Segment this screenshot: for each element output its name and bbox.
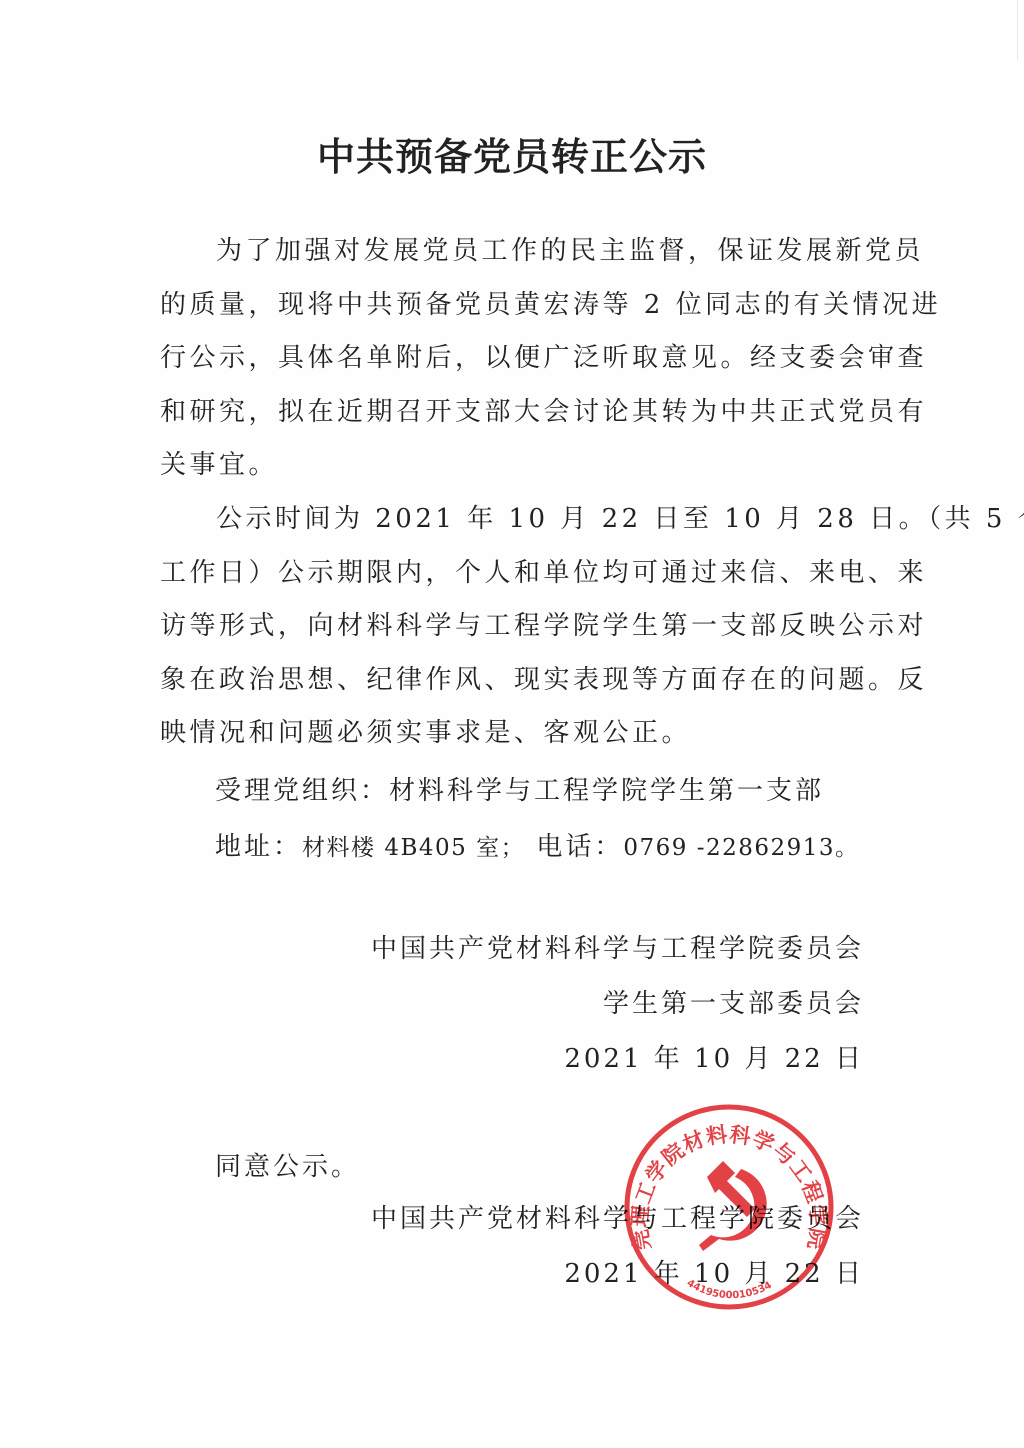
address-value: 材料楼 4B405 室； (302, 835, 525, 861)
paragraph-period: 公示时间为 2021 年 10 月 22 日至 10 月 28 日。（共 5 个… (160, 493, 870, 761)
document-title: 中共预备党员转正公示 (0, 126, 1024, 181)
signature-org: 中国共产党材料科学与工程学院委员会 (371, 928, 864, 965)
paragraph-line: 公示时间为 2021 年 10 月 22 日至 10 月 28 日。（共 5 个 (160, 493, 870, 547)
scan-edge (1017, 0, 1018, 60)
document-page: 中共预备党员转正公示 为了加强对发展党员工作的民主监督，保证发展新党员 的质量，… (0, 0, 1024, 1448)
signature-date: 2021 年 10 月 22 日 (564, 1038, 864, 1075)
approval-text: 同意公示。 (215, 1146, 360, 1183)
paragraph-line: 关事宜。 (160, 439, 870, 493)
paragraph-intro: 为了加强对发展党员工作的民主监督，保证发展新党员 的质量，现将中共预备党员黄宏涛… (160, 225, 870, 493)
signature-branch: 学生第一支部委员会 (603, 983, 864, 1020)
seal-serial: 4419500010534 (685, 1278, 774, 1302)
paragraph-line: 行公示，具体名单附后，以便广泛听取意见。经支委会审查 (160, 332, 870, 386)
paragraph-line: 映情况和问题必须实事求是、客观公正。 (160, 707, 870, 761)
paragraph-line: 访等形式，向材料科学与工程学院学生第一支部反映公示对 (160, 600, 870, 654)
phone-value: 0769 -22862913。 (623, 835, 859, 861)
paragraph-line: 的质量，现将中共预备党员黄宏涛等 2 位同志的有关情况进 (160, 279, 870, 333)
contact-address: 地址：材料楼 4B405 室； 电话：0769 -22862913。 (215, 826, 860, 863)
paragraph-line: 象在政治思想、纪律作风、现实表现等方面存在的问题。反 (160, 654, 870, 708)
svg-text:4419500010534: 4419500010534 (685, 1278, 774, 1302)
phone-label: 电话： (536, 832, 623, 862)
party-emblem-seal-icon: 中共东莞理工学院材料科学与工程学院委员会 4419500010534 (622, 1102, 836, 1312)
org-label: 受理党组织： (215, 776, 389, 806)
paragraph-line: 工作日）公示期限内，个人和单位均可通过来信、来电、来 (160, 547, 870, 601)
address-label: 地址： (215, 832, 302, 862)
org-value: 材料科学与工程学院学生第一支部 (389, 776, 824, 806)
paragraph-line: 和研究，拟在近期召开支部大会讨论其转为中共正式党员有 (160, 386, 870, 440)
receiving-organization: 受理党组织：材料科学与工程学院学生第一支部 (215, 770, 824, 807)
paragraph-line: 为了加强对发展党员工作的民主监督，保证发展新党员 (160, 225, 870, 279)
